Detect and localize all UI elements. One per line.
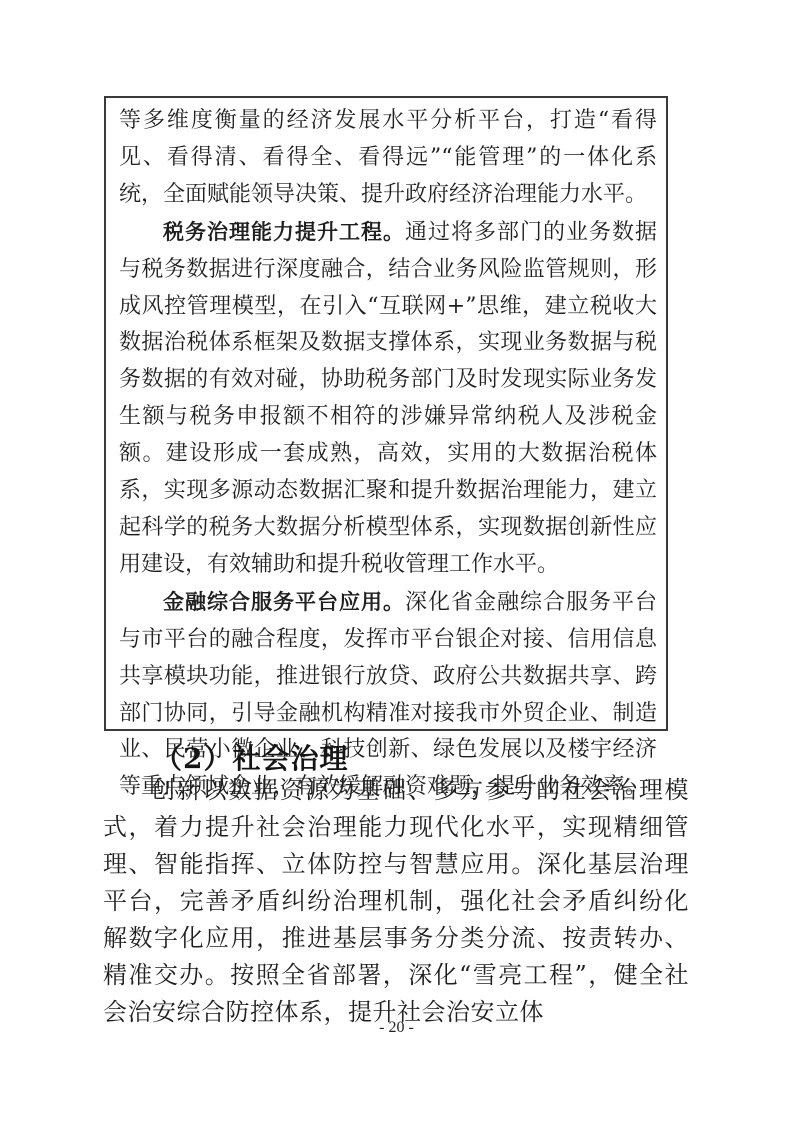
box-paragraph: 等多维度衡量的经济发展水平分析平台，打造“看得见、看得清、看得全、看得远”“能管… bbox=[119, 102, 657, 214]
box-paragraph: 税务治理能力提升工程。通过将多部门的业务数据与税务数据进行深度融合，结合业务风险… bbox=[119, 214, 657, 584]
bordered-text-box: 等多维度衡量的经济发展水平分析平台，打造“看得见、看得清、看得全、看得远”“能管… bbox=[104, 96, 668, 731]
document-page: 等多维度衡量的经济发展水平分析平台，打造“看得见、看得清、看得全、看得远”“能管… bbox=[0, 0, 793, 1122]
paragraph-lead-bold: 金融综合服务平台应用。 bbox=[163, 590, 405, 614]
paragraph-lead-bold: 税务治理能力提升工程。 bbox=[163, 220, 405, 244]
page-number: - 20 - bbox=[0, 1019, 793, 1037]
section-paragraph: 创新以数据资源为基础、多方参与的社会治理模式，着力提升社会治理能力现代化水平，实… bbox=[103, 772, 689, 1031]
section-heading: （2）社会治理 bbox=[104, 737, 690, 777]
paragraph-text: 通过将多部门的业务数据与税务数据进行深度融合，结合业务风险监管规则，形成风控管理… bbox=[119, 220, 657, 577]
paragraph-text: 等多维度衡量的经济发展水平分析平台，打造“看得见、看得清、看得全、看得远”“能管… bbox=[119, 108, 657, 207]
